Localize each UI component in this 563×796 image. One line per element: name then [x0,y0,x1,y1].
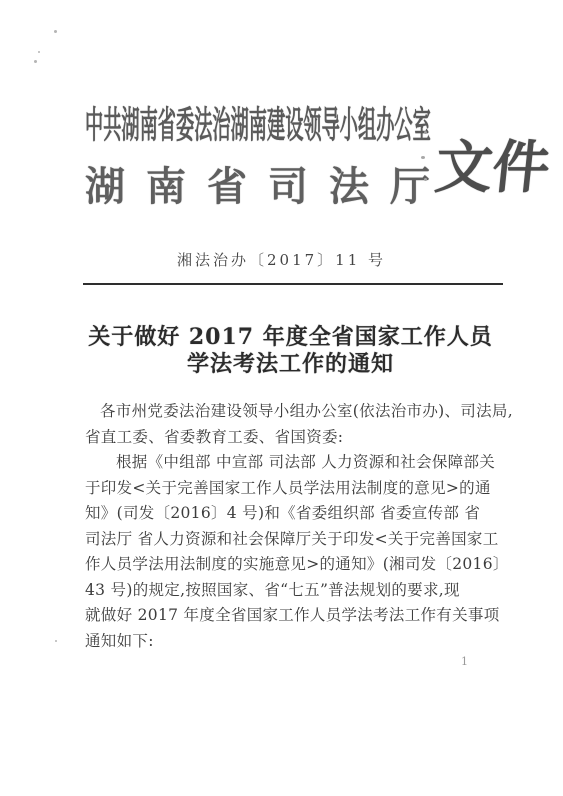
scan-speckle [421,156,425,159]
body-line: 根据《中组部 中宣部 司法部 人力资源和社会保障部关 [85,450,489,476]
document-title-line-2: 学法考法工作的通知 [9,351,563,378]
document-body: 各市州党委法治建设领导小组办公室(依法治市办)、司法局, 省直工委、省委教育工委… [85,399,489,654]
letterhead-rule [83,283,503,285]
body-line: 省直工委、省委教育工委、省国资委: [85,425,489,451]
scanned-document-page: 中共湖南省委法治湖南建设领导小组办公室 湖南省司法厅 文件 湘法治办〔2017〕… [0,0,563,796]
scan-speckle [38,51,40,53]
body-line: 司法厅 省人力资源和社会保障厅关于印发<关于完善国家工 [85,527,489,553]
letterhead-doc-type-label: 文件 [432,122,555,204]
body-line: 43 号)的规定,按照国家、省“七五”普法规划的要求,现 [85,578,489,604]
scan-speckle [34,60,37,63]
document-number: 湘法治办〔2017〕11 号 [0,249,563,270]
scan-speckle [54,30,57,33]
body-line: 知》(司发〔2016〕4 号)和《省委组织部 省委宣传部 省 [85,501,489,527]
body-line: 于印发<关于完善国家工作人员学法用法制度的意见>的通 [85,476,489,502]
letterhead-org-line-1: 中共湖南省委法治湖南建设领导小组办公室 [85,96,431,149]
page-number: 1 [461,655,468,668]
body-line: 作人员学法用法制度的实施意见>的通知》(湘司发〔2016〕 [85,552,489,578]
scan-speckle [424,178,427,181]
scan-speckle [55,640,57,642]
body-line: 通知如下: [85,629,489,655]
letterhead-org-line-2: 湖南省司法厅 [85,155,451,212]
document-title: 关于做好 2017 年度全省国家工作人员 学法考法工作的通知 [9,324,563,378]
body-line: 就做好 2017 年度全省国家工作人员学法考法工作有关事项 [85,603,489,629]
document-title-line-1: 关于做好 2017 年度全省国家工作人员 [9,324,563,351]
scan-speckle [424,131,427,134]
body-line: 各市州党委法治建设领导小组办公室(依法治市办)、司法局, [85,399,489,425]
scan-speckle [90,565,92,567]
